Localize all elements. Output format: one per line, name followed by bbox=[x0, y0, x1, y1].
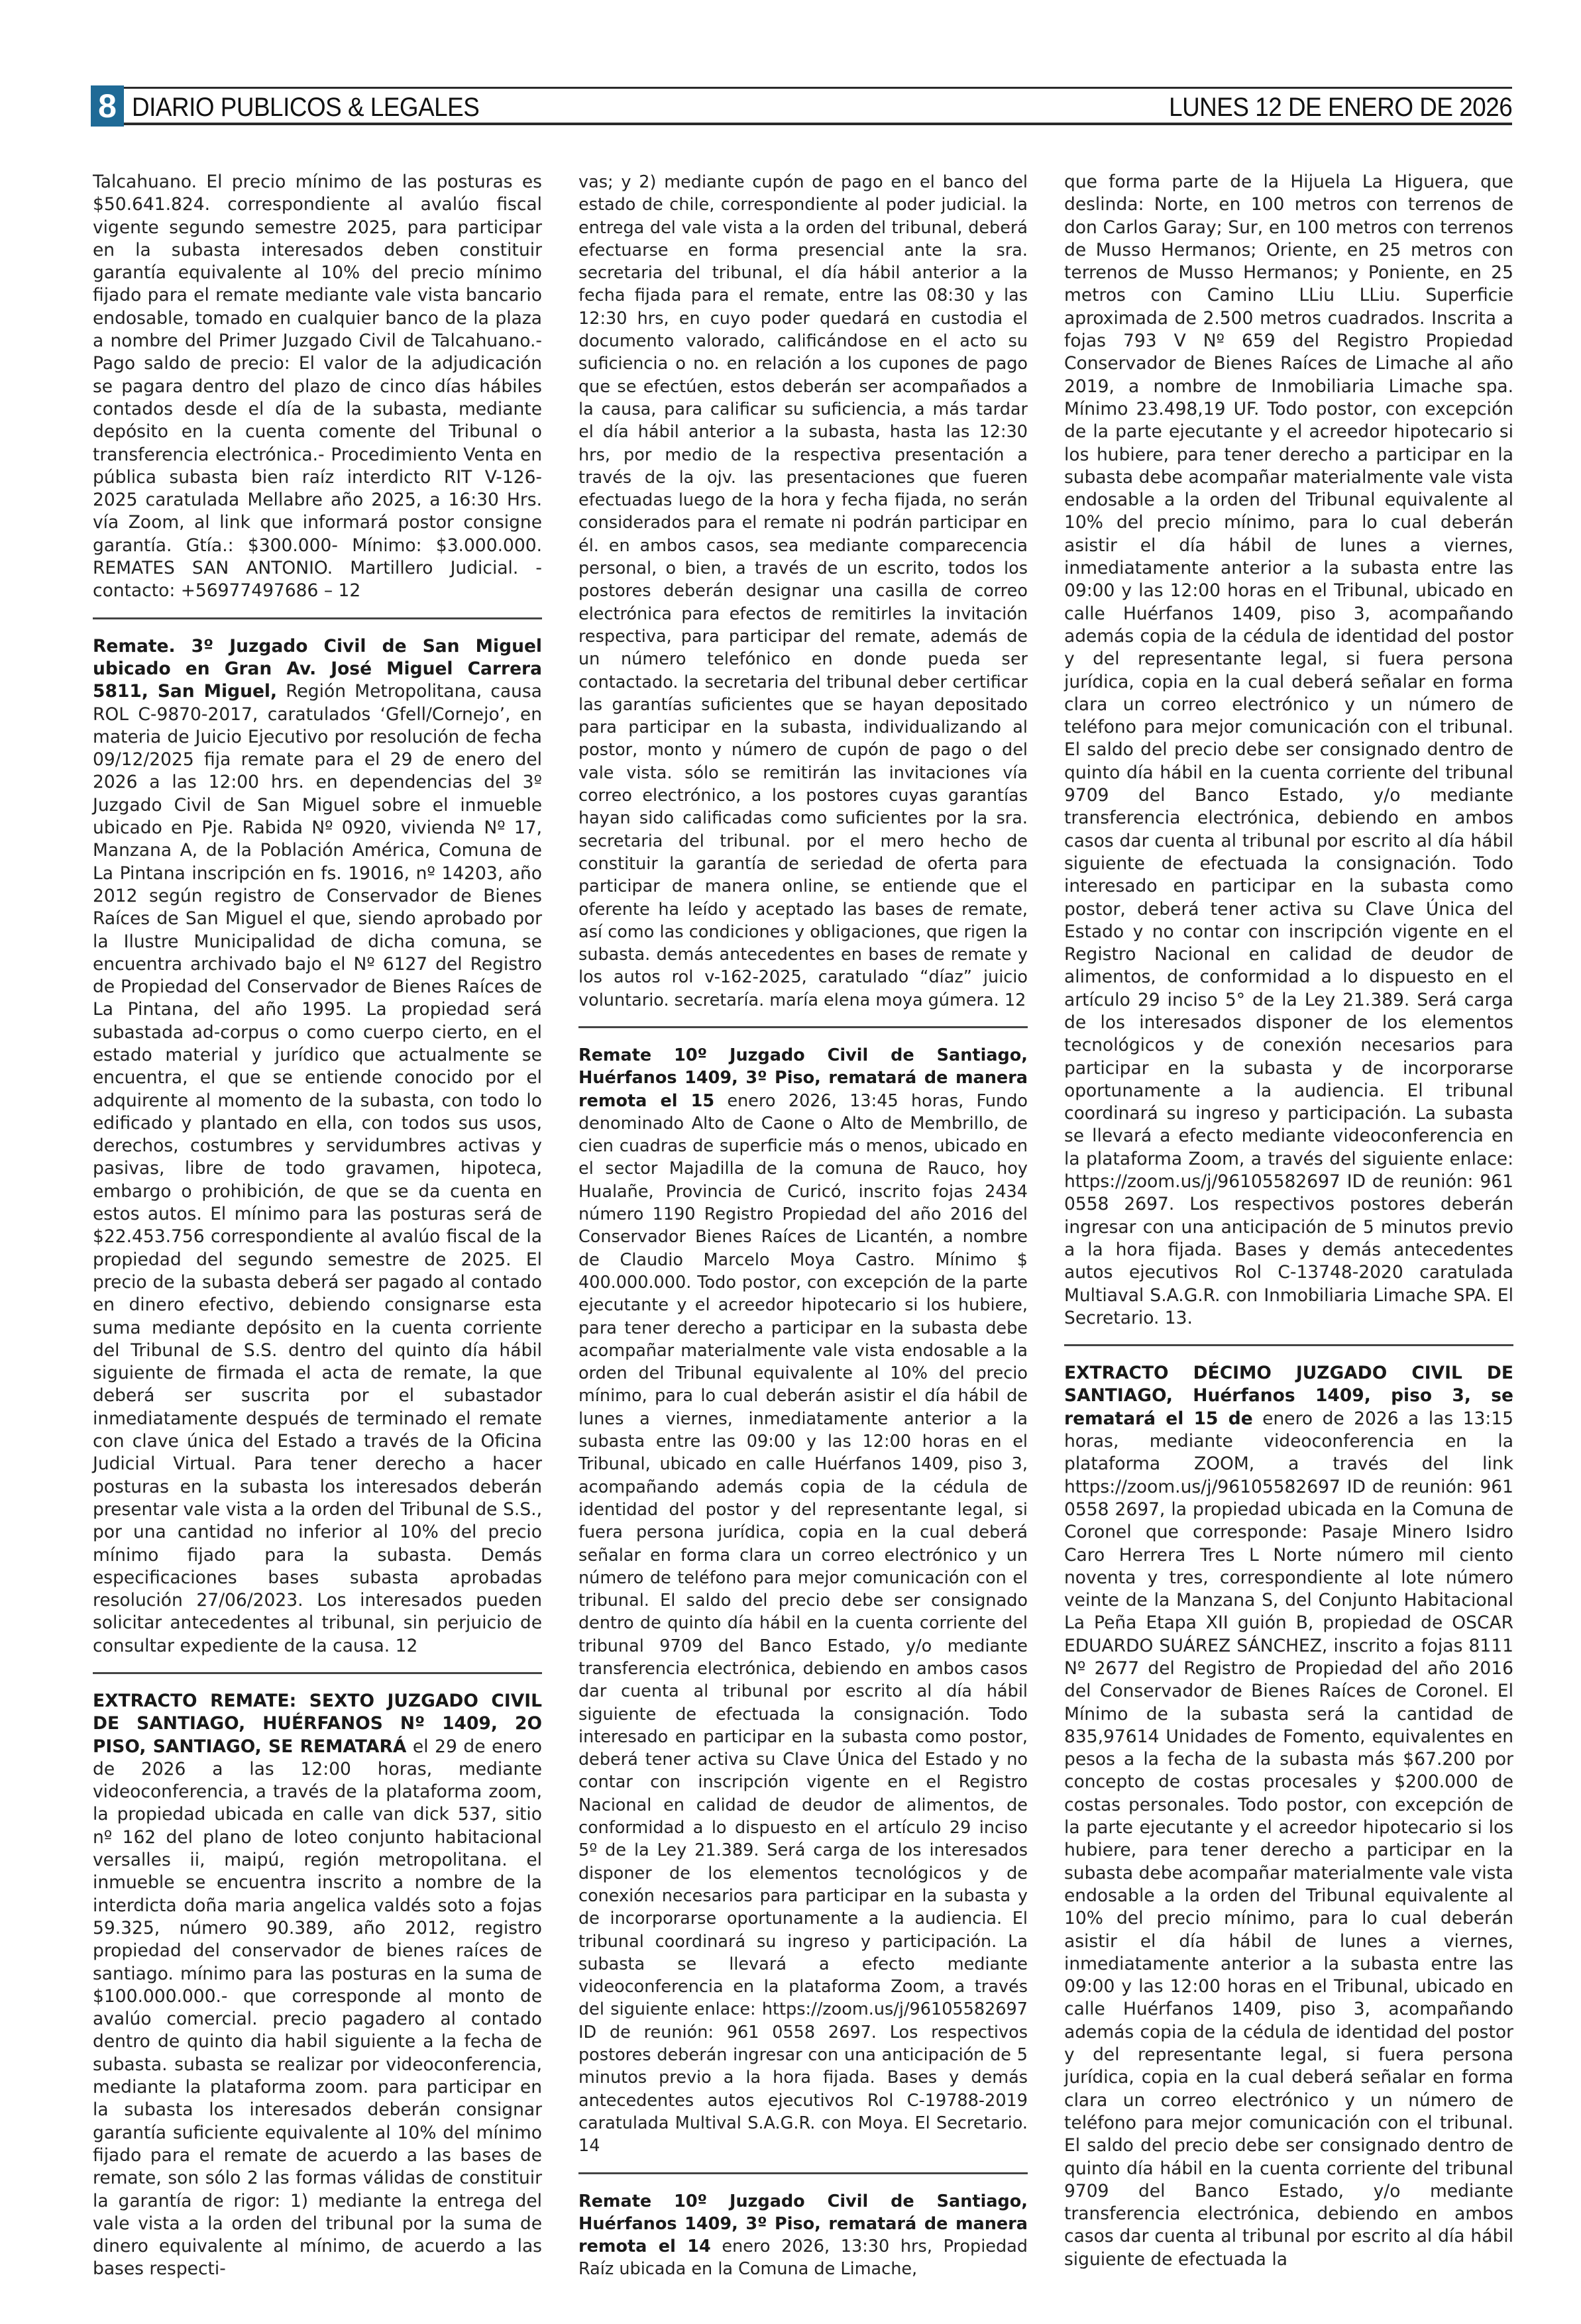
notice: Remate. 3º Juzgado Civil de San Miguel u… bbox=[93, 635, 542, 1658]
notice-columns: Talcahuano. El precio mínimo de las post… bbox=[93, 171, 1514, 2304]
notice-body: vas; y 2) mediante cupón de pago en el b… bbox=[578, 172, 1028, 1010]
notice-divider bbox=[1064, 1344, 1513, 1346]
notice-divider bbox=[93, 617, 542, 619]
column-3: que forma parte de la Hijuela La Higuera… bbox=[1064, 171, 1513, 2304]
column-2: vas; y 2) mediante cupón de pago en el b… bbox=[578, 171, 1028, 2304]
notice: Talcahuano. El precio mínimo de las post… bbox=[93, 171, 542, 603]
notice-body: que forma parte de la Hijuela La Higuera… bbox=[1064, 172, 1513, 1328]
notice-divider bbox=[578, 1026, 1028, 1028]
notice-body: Región Metropolitana, causa ROL C-9870-2… bbox=[93, 681, 542, 1656]
header-top-rule bbox=[124, 87, 1512, 89]
page-header: 8 DIARIO PUBLICOS & LEGALES LUNES 12 DE … bbox=[91, 85, 1512, 125]
notice: EXTRACTO REMATE: SEXTO JUZGADO CIVIL DE … bbox=[93, 1690, 542, 2281]
notice-divider bbox=[93, 1672, 542, 1674]
header-bottom-rule bbox=[124, 123, 1512, 125]
notice: Remate 10º Juzgado Civil de Santiago, Hu… bbox=[578, 1044, 1028, 2158]
notice: Remate 10º Juzgado Civil de Santiago, Hu… bbox=[578, 2190, 1028, 2281]
publication-title: DIARIO PUBLICOS & LEGALES bbox=[132, 92, 479, 123]
notice-divider bbox=[578, 2172, 1028, 2174]
notice-body: el 29 de enero de 2026 a las 12:00 horas… bbox=[93, 1736, 542, 2280]
notice: EXTRACTO DÉCIMO JUZGADO CIVIL DE SANTIAG… bbox=[1064, 1362, 1513, 2271]
notice-body: enero de 2026 a las 13:15 horas, mediant… bbox=[1064, 1408, 1513, 2270]
publication-date: LUNES 12 DE ENERO DE 2026 bbox=[1169, 92, 1512, 123]
page-number-badge: 8 bbox=[91, 85, 124, 127]
notice-body: enero 2026, 13:45 horas, Fundo denominad… bbox=[578, 1091, 1028, 2156]
notice: que forma parte de la Hijuela La Higuera… bbox=[1064, 171, 1513, 1330]
notice: vas; y 2) mediante cupón de pago en el b… bbox=[578, 171, 1028, 1012]
column-1: Talcahuano. El precio mínimo de las post… bbox=[93, 171, 542, 2304]
notice-body: Talcahuano. El precio mínimo de las post… bbox=[93, 172, 542, 601]
